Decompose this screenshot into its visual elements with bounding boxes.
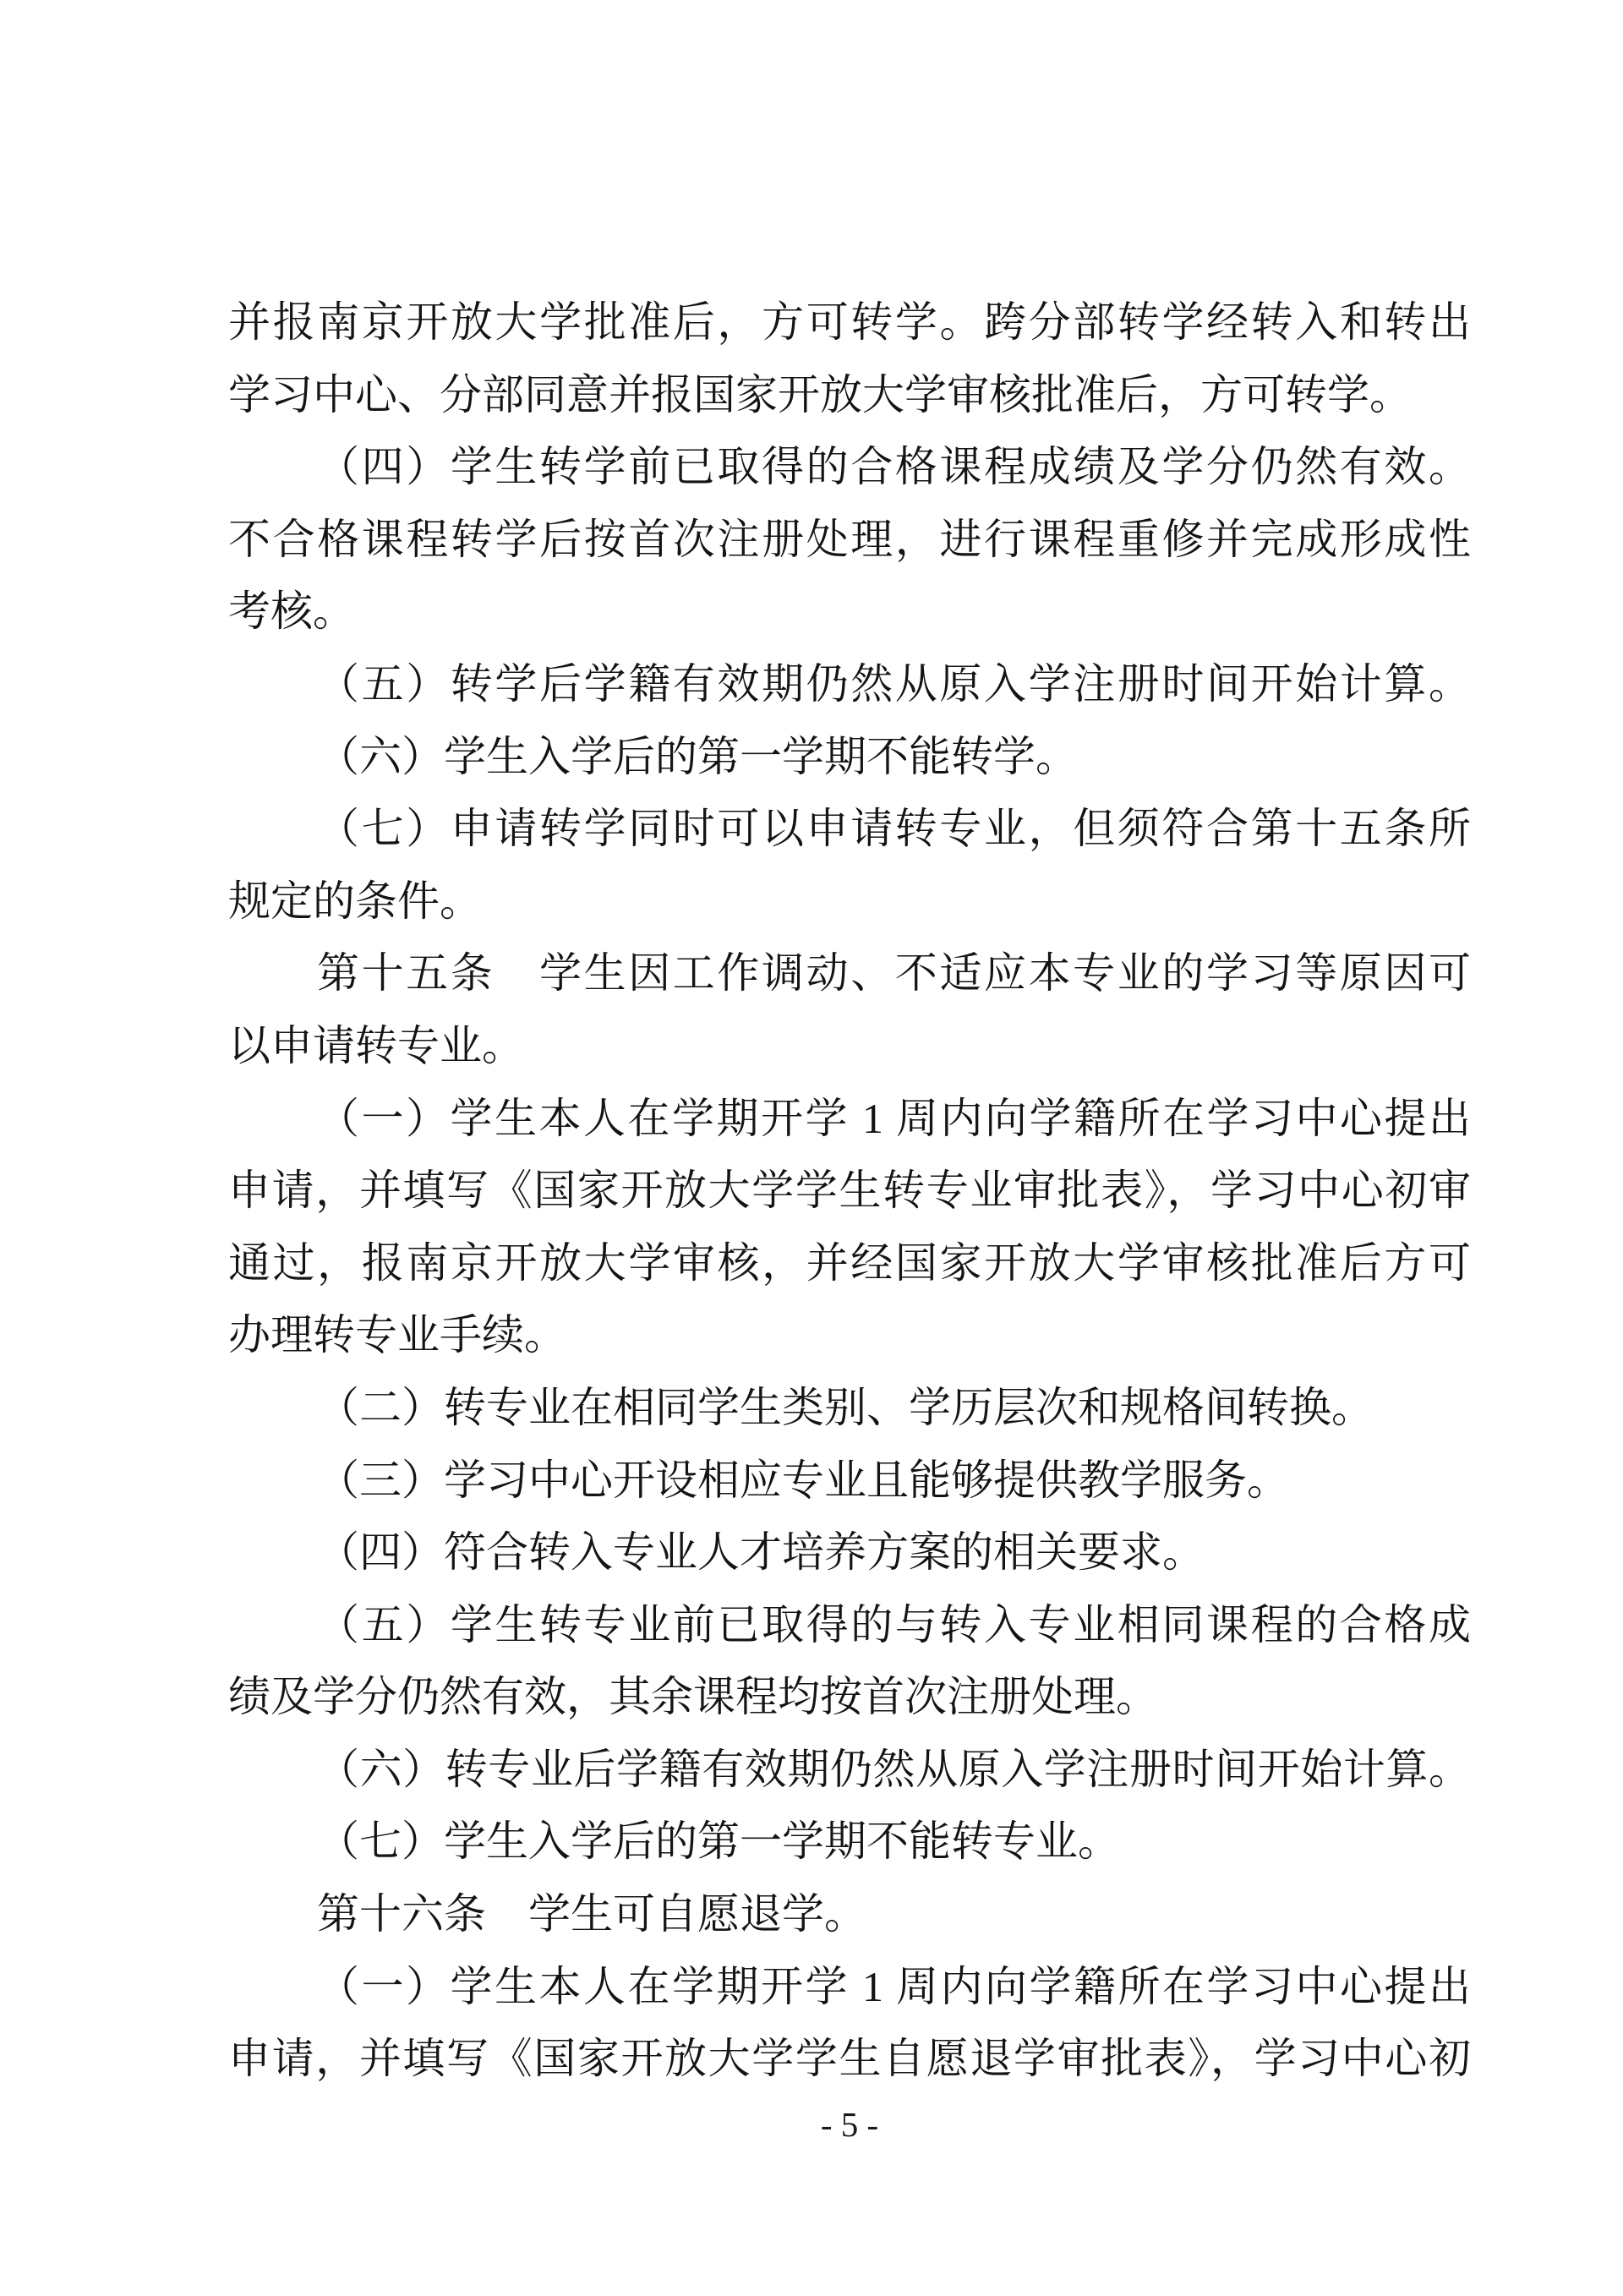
- doc-line-12: （一）学生本人在学期开学 1 周内向学籍所在学习中心提出: [228, 1083, 1471, 1156]
- doc-line-11: 以申请转专业。: [228, 1010, 1471, 1083]
- doc-line-13: 申请，并填写《国家开放大学学生转专业审批表》，学习中心初审: [228, 1155, 1471, 1227]
- document-body: 并报南京开放大学批准后，方可转学。跨分部转学经转入和转出 学习中心、分部同意并报…: [228, 287, 1471, 2096]
- page-number: - 5 -: [228, 2099, 1471, 2150]
- doc-line-2: 学习中心、分部同意并报国家开放大学审核批准后，方可转学。: [228, 359, 1471, 432]
- document-page: 并报南京开放大学批准后，方可转学。跨分部转学经转入和转出 学习中心、分部同意并报…: [0, 0, 1623, 2296]
- doc-line-24: （一）学生本人在学期开学 1 周内向学籍所在学习中心提出: [228, 1951, 1471, 2024]
- doc-line-25: 申请，并填写《国家开放大学学生自愿退学审批表》，学习中心初: [228, 2023, 1471, 2096]
- doc-line-22: （七）学生入学后的第一学期不能转专业。: [228, 1806, 1471, 1878]
- doc-line-21: （六）转专业后学籍有效期仍然从原入学注册时间开始计算。: [228, 1734, 1471, 1807]
- doc-line-1: 并报南京开放大学批准后，方可转学。跨分部转学经转入和转出: [228, 287, 1471, 359]
- doc-line-15: 办理转专业手续。: [228, 1299, 1471, 1372]
- doc-line-6: （五）转学后学籍有效期仍然从原入学注册时间开始计算。: [228, 648, 1471, 721]
- doc-line-16: （二）转专业在相同学生类别、学历层次和规格间转换。: [228, 1372, 1471, 1445]
- doc-line-20: 绩及学分仍然有效，其余课程均按首次注册处理。: [228, 1661, 1471, 1734]
- doc-line-9: 规定的条件。: [228, 866, 1471, 938]
- doc-line-23: 第十六条 学生可自愿退学。: [228, 1878, 1471, 1951]
- doc-line-14: 通过，报南京开放大学审核，并经国家开放大学审核批准后方可: [228, 1227, 1471, 1300]
- doc-line-8: （七）申请转学同时可以申请转专业，但须符合第十五条所: [228, 793, 1471, 866]
- doc-line-18: （四）符合转入专业人才培养方案的相关要求。: [228, 1517, 1471, 1589]
- doc-line-5: 考核。: [228, 576, 1471, 648]
- doc-line-17: （三）学习中心开设相应专业且能够提供教学服务。: [228, 1445, 1471, 1517]
- doc-line-19: （五）学生转专业前已取得的与转入专业相同课程的合格成: [228, 1589, 1471, 1662]
- doc-line-10: 第十五条 学生因工作调动、不适应本专业的学习等原因可: [228, 938, 1471, 1010]
- doc-line-3: （四）学生转学前已取得的合格课程成绩及学分仍然有效。: [228, 431, 1471, 504]
- doc-line-7: （六）学生入学后的第一学期不能转学。: [228, 721, 1471, 794]
- doc-line-4: 不合格课程转学后按首次注册处理，进行课程重修并完成形成性: [228, 504, 1471, 577]
